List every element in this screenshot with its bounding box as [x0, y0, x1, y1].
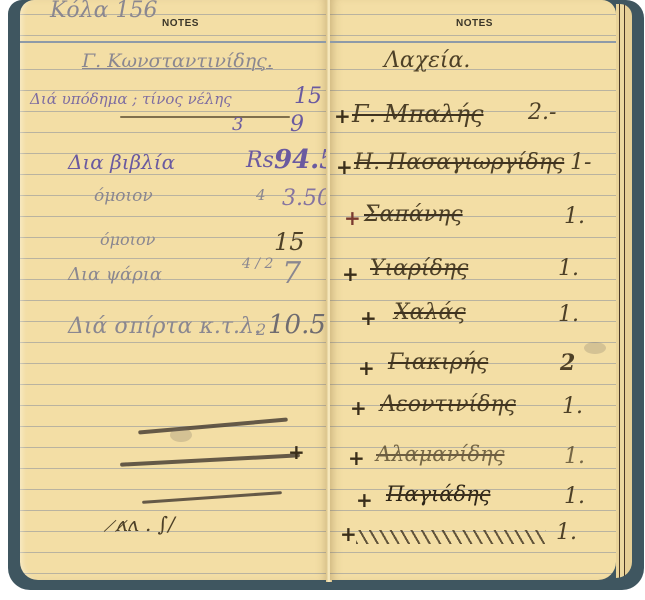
entry-text: Δια βιβλία	[68, 150, 175, 174]
cross-mark: +	[356, 488, 373, 512]
entry-prefix: 4	[256, 186, 266, 204]
entry-name: Χαλάς	[394, 300, 466, 325]
entry-name: Λεοντινίδης	[380, 392, 516, 417]
entry-text: όμοιον	[94, 186, 153, 206]
entry-prefix: 3	[232, 114, 243, 135]
entry-qty: 1-	[570, 150, 591, 175]
entry-name: Γ. Μπαλής	[352, 100, 484, 128]
entry-text: Δια ψάρια	[68, 264, 162, 285]
left-page: NOTES Κόλα 156 Γ. Κωνσταντινίδης. Διά υπ…	[20, 0, 328, 580]
cross-mark: +	[342, 262, 359, 286]
entry-qty: 1.	[556, 520, 577, 545]
ink-smudge	[170, 428, 192, 442]
scribbled-out-name	[356, 530, 546, 544]
right-page: NOTES Λαχεία. + Γ. Μπαλής 2.- + Η. Πασαγ…	[330, 0, 616, 580]
scribble-stroke	[120, 453, 300, 466]
cross-mark: +	[350, 396, 367, 420]
entry-qty: 1.	[564, 484, 585, 509]
entry-amount: 3.50	[282, 186, 328, 211]
entry-qty: 2.-	[528, 100, 556, 125]
entry-amount: 15	[294, 84, 322, 109]
entry-qty: 1.	[558, 302, 579, 327]
header-rule	[330, 41, 616, 43]
cross-mark: +	[340, 522, 357, 546]
entry-name: Παγιάδης	[386, 482, 490, 506]
cross-mark: +	[336, 155, 353, 179]
left-page-title: Γ. Κωνσταντινίδης.	[82, 50, 273, 72]
entry-name: Γιακιρής	[388, 350, 488, 375]
entry-amount: 10.50	[268, 310, 328, 340]
bottom-marks: ̷ʌ̷ʌ . ∫/	[116, 512, 175, 536]
entry-qty: 2	[560, 350, 575, 376]
cross-mark: +	[360, 306, 377, 330]
entry-text: Διά σπίρτα κ.τ.λ.	[68, 314, 261, 339]
entry-text: όμοιον	[100, 230, 155, 249]
entry-amount: 94.50	[274, 145, 328, 175]
entry-qty: 1.	[564, 204, 585, 229]
entry-name: Υιαρίδης	[370, 256, 468, 281]
entry-prefix: Rs	[246, 148, 274, 173]
cross-mark: +	[348, 446, 365, 470]
notes-label: NOTES	[162, 18, 199, 29]
entry-name: Σαπάνης	[364, 202, 463, 227]
entry-amount: 7	[282, 256, 301, 291]
entry-prefix: 4 / 2	[242, 256, 273, 272]
cross-mark: +	[358, 356, 375, 380]
page-edges	[616, 4, 632, 578]
cross-mark: +	[288, 440, 305, 464]
entry-prefix: 2	[256, 320, 266, 339]
corner-note: Κόλα 156	[50, 0, 157, 23]
cross-mark: +	[344, 206, 361, 230]
entry-text: Διά υπόδημα ; τίνος νέλης	[30, 90, 232, 108]
scribble-stroke	[138, 417, 288, 434]
entry-qty: 1.	[562, 394, 583, 419]
header-rule	[20, 41, 328, 43]
entry-name: Αλαμανίδης	[376, 442, 504, 466]
entry-qty: 1.	[558, 256, 579, 281]
entry-amount: 15	[274, 228, 305, 256]
entry-amount: 9	[290, 112, 304, 137]
cross-mark: +	[334, 104, 351, 128]
underline-stroke	[120, 116, 290, 118]
entry-qty: 1.	[564, 444, 585, 469]
entry-name: Η. Πασαγιωργίδης	[354, 150, 564, 175]
ink-smudge	[584, 342, 606, 354]
scribble-stroke	[142, 491, 282, 504]
right-page-title: Λαχεία.	[384, 48, 470, 73]
notes-label: NOTES	[456, 18, 493, 29]
